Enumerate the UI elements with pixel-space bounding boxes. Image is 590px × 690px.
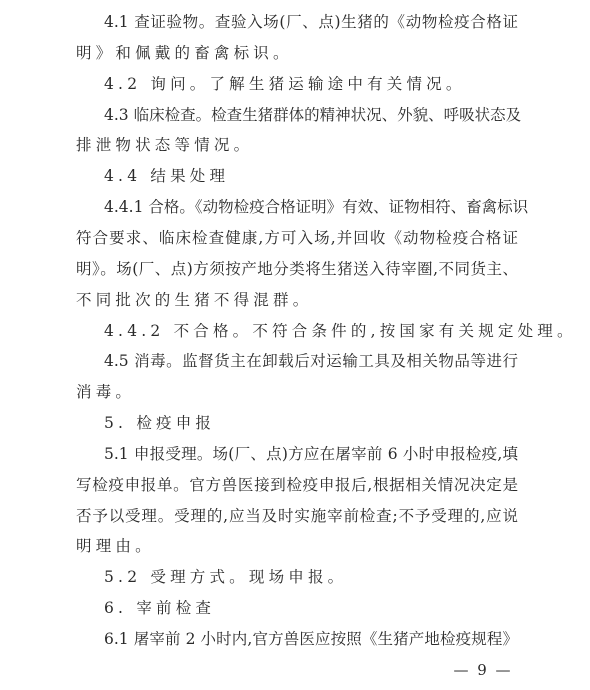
document-page: 4.1 查证验物。查验入场(厂、点)生猪的《动物检疫合格证明》和佩戴的畜禽标识。…: [0, 0, 590, 690]
page-number: — 9 —: [448, 659, 518, 681]
text-line: 不同批次的生猪不得混群。: [76, 289, 518, 311]
text-line: 4.4.1 合格。《动物检疫合格证明》有效、证物相符、畜禽标识: [104, 196, 518, 218]
text-line: 4.4 结果处理: [104, 165, 518, 187]
text-line: 4.3 临床检查。检查生猪群体的精神状况、外貌、呼吸状态及: [104, 104, 518, 126]
text-line: 否予以受理。受理的,应当及时实施宰前检查;不予受理的,应说: [76, 505, 518, 527]
text-line: 5.1 申报受理。场(厂、点)方应在屠宰前 6 小时申报检疫,填: [104, 443, 518, 465]
text-line: 5.2 受理方式。现场申报。: [104, 566, 518, 588]
text-line: 明》和佩戴的畜禽标识。: [76, 42, 518, 64]
text-line: 明》。场(厂、点)方须按产地分类将生猪送入待宰圈,不同货主、: [76, 258, 518, 280]
text-line: 符合要求、临床检查健康,方可入场,并回收《动物检疫合格证: [76, 227, 518, 249]
text-line: 消毒。: [76, 381, 518, 403]
text-line: 明理由。: [76, 535, 518, 557]
text-line: 排泄物状态等情况。: [76, 134, 518, 156]
text-line: 4.5 消毒。监督货主在卸载后对运输工具及相关物品等进行: [104, 350, 518, 372]
text-line: 6. 宰前检查: [104, 597, 518, 619]
text-line: 4.4.2 不合格。不符合条件的,按国家有关规定处理。: [104, 320, 518, 342]
text-line: 5. 检疫申报: [104, 412, 518, 434]
text-line: 4.1 查证验物。查验入场(厂、点)生猪的《动物检疫合格证: [104, 11, 518, 33]
text-line: 4.2 询问。了解生猪运输途中有关情况。: [104, 73, 518, 95]
text-line: 写检疫申报单。官方兽医接到检疫申报后,根据相关情况决定是: [76, 474, 518, 496]
text-line: 6.1 屠宰前 2 小时内,官方兽医应按照《生猪产地检疫规程》: [104, 628, 518, 650]
